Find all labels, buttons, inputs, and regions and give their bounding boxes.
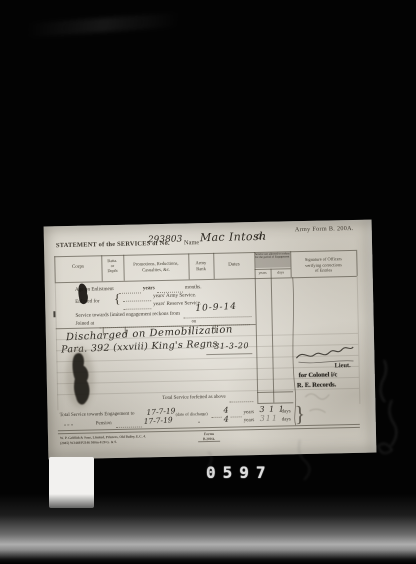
dotted-line — [212, 416, 222, 418]
enlisted-for-label: Enlisted for — [75, 298, 99, 305]
age-months-label: months. — [185, 284, 202, 290]
attestation-rank: Lieut. — [335, 362, 351, 369]
microfilm-viewer-frame: Army Form B. 200A. STATEMENT of the SERV… — [0, 0, 416, 564]
dotted-line — [123, 299, 151, 302]
reckons-date-value: 10-9-14 — [195, 302, 237, 314]
pension-ditto-marks: „ „ „ — [64, 422, 73, 427]
age-years-label: years — [143, 285, 155, 291]
pension-ditto2: „ — [198, 419, 200, 424]
printer-imprint: W. P. Griffith & Sons, Limited, Printers… — [60, 434, 180, 446]
pension-date: 17-7-19 — [143, 415, 172, 426]
reckons-from-label: Service towards limited engagement recko… — [75, 311, 180, 319]
grid-line — [55, 282, 59, 410]
joined-at-label: Joined at — [76, 320, 95, 326]
col-header-rank: Army Rank — [188, 260, 213, 273]
col-header-promotions-l2: Casualties, &c. — [123, 267, 188, 275]
pension-years-value: 4 — [224, 415, 229, 424]
engagement-days-word: days — [281, 409, 290, 414]
grid-line — [257, 391, 293, 393]
entry-date-underline — [206, 353, 252, 355]
col-header-dates: Dates — [213, 262, 254, 268]
pension-days-word: days — [282, 417, 291, 422]
attestation-for-officer: for Colonel i/c — [299, 371, 338, 379]
engagement-years-value: 4 — [223, 406, 228, 415]
scanned-document-page: Army Form B. 200A. STATEMENT of the SERV… — [44, 220, 377, 460]
entry-date: 31-3-20 — [214, 341, 249, 351]
initial-value: a. — [256, 231, 265, 242]
army-service-label: years' Army Service. — [153, 292, 196, 299]
forfeited-label: Total Service forfeited as above — [162, 395, 226, 401]
dotted-line — [123, 307, 151, 310]
form-reference: Army Form B. 200A. — [295, 225, 354, 233]
pension-label: Pension — [96, 421, 112, 426]
col-subheader-years: years — [255, 271, 271, 275]
film-scratch-streak — [28, 13, 179, 37]
col-header-battalion-l3: Depôt — [101, 268, 123, 273]
engagement-years-word: years — [243, 410, 254, 415]
grid-line — [255, 278, 259, 403]
pension-years-word: years — [244, 418, 255, 423]
discharge-note: (date of discharge) — [176, 411, 208, 417]
dotted-line — [119, 291, 141, 293]
totals-brace: } — [294, 401, 305, 427]
forms-stamp-l2: B.200A. — [198, 436, 220, 441]
col-header-signature: Signature of Officers verifying correcti… — [290, 256, 356, 275]
col-header-promotions: Promotions, Reductions, Casualties, &c. — [123, 260, 188, 274]
name-label: Name — [184, 239, 199, 246]
col-subheader-days: days — [271, 270, 291, 274]
ruled-line — [56, 355, 358, 362]
service-number: 293803 — [148, 235, 183, 246]
film-light-glare — [0, 494, 416, 564]
age-on-enlistment-label: Age on Enlistment — [75, 286, 114, 293]
col-header-rank-l2: Rank — [188, 266, 213, 273]
frame-counter: 0597 — [206, 463, 316, 482]
grid-line — [55, 276, 357, 283]
enlisted-brace: { — [114, 291, 121, 307]
grid-line — [357, 276, 361, 404]
col-header-battalion: Batta. or Depôt — [101, 258, 123, 274]
col-header-corps: Corps — [54, 264, 101, 270]
attestation-office: R. E. Records. — [297, 381, 336, 389]
joined-on-label: on — [192, 318, 197, 323]
engagement-label: Total Service towards Engagement to — [60, 412, 135, 419]
forms-stamp: Forms B.200A. — [198, 432, 220, 443]
grid-line — [271, 278, 275, 403]
col-header-signature-l3: of Entries — [291, 267, 357, 274]
dotted-line — [231, 415, 242, 417]
col-header-not-allowed: Service not allowed to reckon for the pe… — [255, 252, 290, 268]
dotted-line — [229, 400, 253, 403]
pension-days-value: 311 — [260, 414, 278, 423]
